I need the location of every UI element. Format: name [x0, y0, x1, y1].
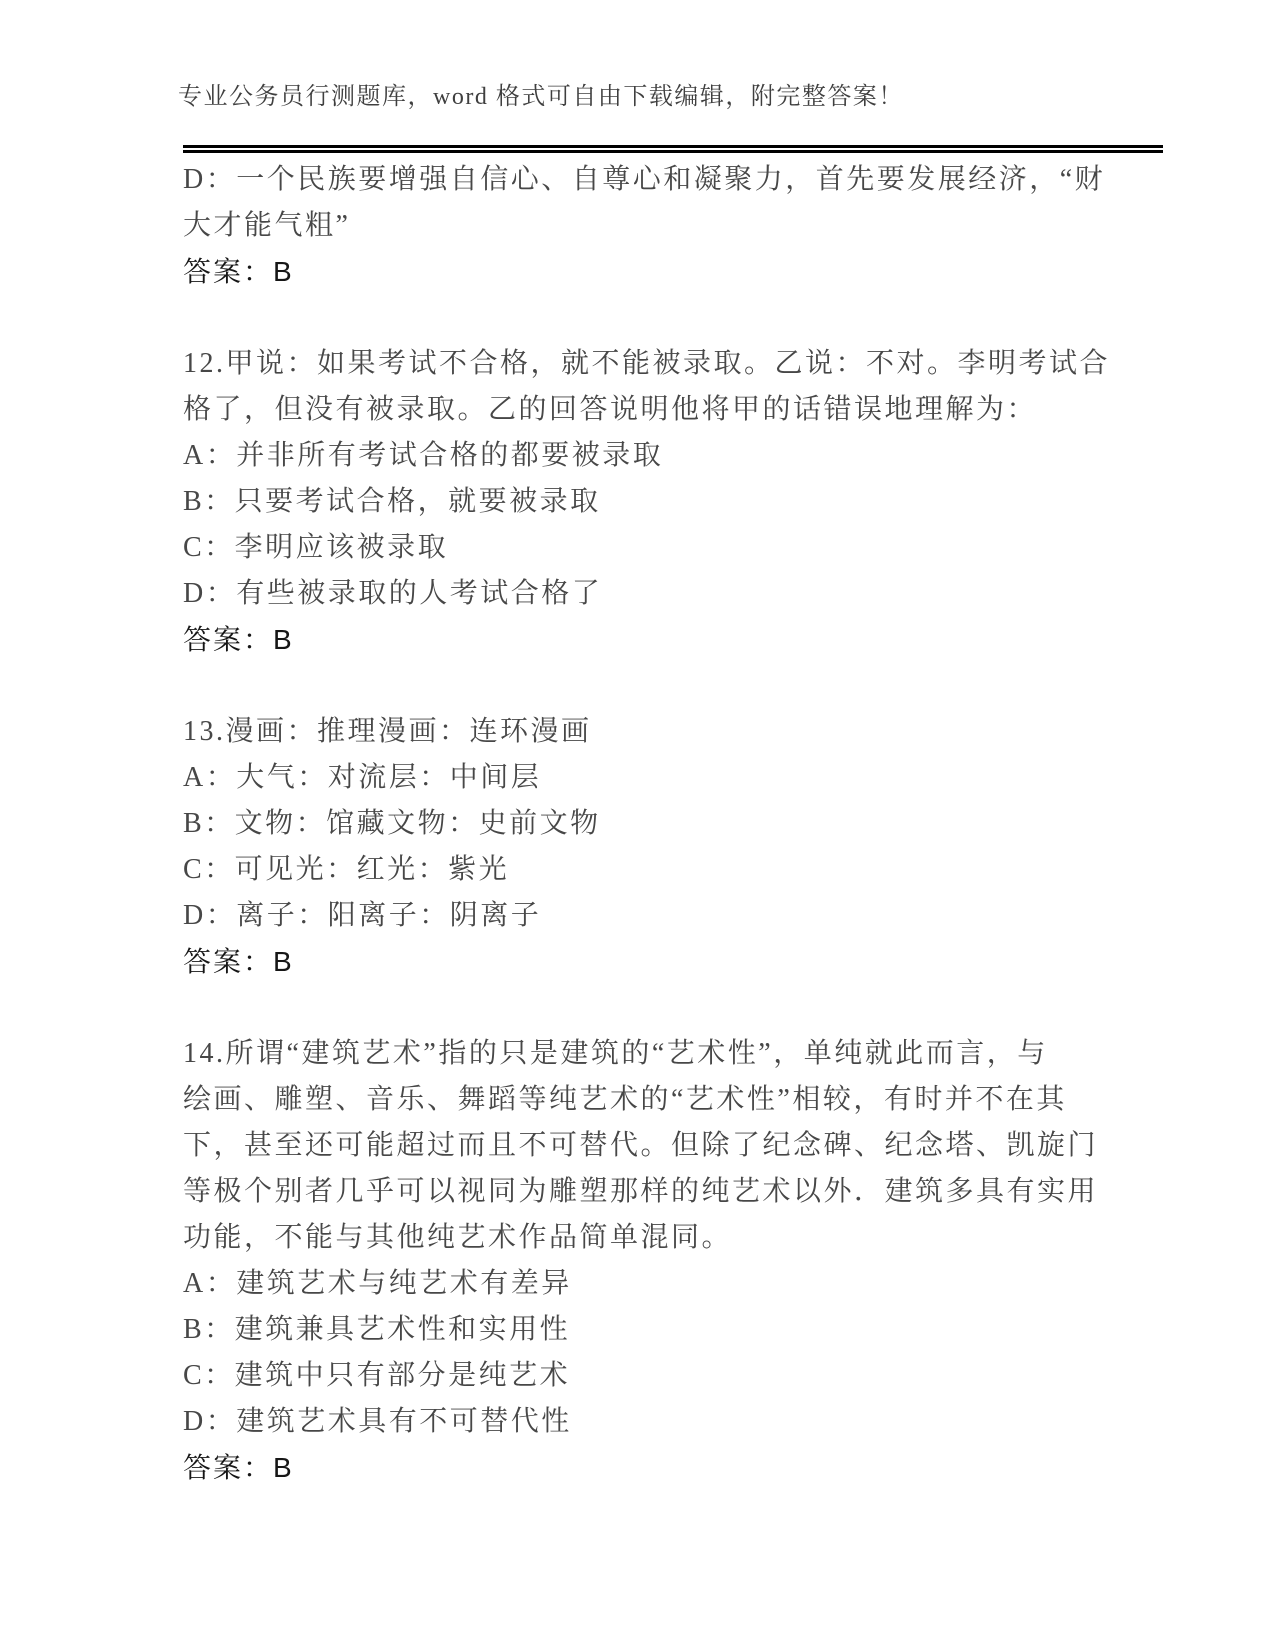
blank-line: [183, 295, 1183, 341]
prev-option-d-line-2: 大才能气粗”: [183, 203, 1183, 249]
question-13-option-d: D：离子：阳离子：阴离子: [183, 893, 1183, 939]
question-12-stem-line-2: 格了，但没有被录取。乙的回答说明他将甲的话错误地理解为：: [183, 387, 1183, 433]
question-13-answer-line: 答案：B: [183, 939, 1183, 985]
question-13-option-c: C：可见光：红光：紫光: [183, 847, 1183, 893]
blank-line: [183, 985, 1183, 1031]
blank-line: [183, 663, 1183, 709]
answer-label: 答案：: [183, 624, 273, 655]
prev-option-d-line-1: D：一个民族要增强自信心、自尊心和凝聚力，首先要发展经济，“财: [183, 157, 1183, 203]
document-page: 专业公务员行测题库，word 格式可自由下载编辑，附完整答案！ D：一个民族要增…: [0, 0, 1275, 1650]
question-14-stem-line-4: 等极个别者几乎可以视同为雕塑那样的纯艺术以外．建筑多具有实用: [183, 1169, 1183, 1215]
question-13-option-a: A：大气：对流层：中间层: [183, 755, 1183, 801]
question-12-option-d: D：有些被录取的人考试合格了: [183, 571, 1183, 617]
question-14-stem-line-3: 下，甚至还可能超过而且不可替代。但除了纪念碑、纪念塔、凯旋门: [183, 1123, 1183, 1169]
question-12-answer-line: 答案：B: [183, 617, 1183, 663]
question-14-stem-line-1: 14.所谓“建筑艺术”指的只是建筑的“艺术性”，单纯就此而言，与: [183, 1031, 1183, 1077]
question-12-stem-line-1: 12.甲说：如果考试不合格，就不能被录取。乙说：不对。李明考试合: [183, 341, 1183, 387]
question-13-option-b: B：文物：馆藏文物：史前文物: [183, 801, 1183, 847]
question-14-stem-line-5: 功能，不能与其他纯艺术作品简单混同。: [183, 1215, 1183, 1261]
question-12-option-c: C：李明应该被录取: [183, 525, 1183, 571]
question-14-option-c: C：建筑中只有部分是纯艺术: [183, 1353, 1183, 1399]
answer-value: B: [273, 256, 294, 287]
answer-label: 答案：: [183, 256, 273, 287]
question-14-answer-line: 答案：B: [183, 1445, 1183, 1491]
question-14-option-b: B：建筑兼具艺术性和实用性: [183, 1307, 1183, 1353]
question-14-stem-line-2: 绘画、雕塑、音乐、舞蹈等纯艺术的“艺术性”相较，有时并不在其: [183, 1077, 1183, 1123]
answer-label: 答案：: [183, 1452, 273, 1483]
header-note: 专业公务员行测题库，word 格式可自由下载编辑，附完整答案！: [178, 76, 904, 111]
document-body: D：一个民族要增强自信心、自尊心和凝聚力，首先要发展经济，“财 大才能气粗” 答…: [183, 157, 1183, 1491]
question-14-option-d: D：建筑艺术具有不可替代性: [183, 1399, 1183, 1445]
answer-label: 答案：: [183, 946, 273, 977]
question-13-stem-line-1: 13.漫画：推理漫画：连环漫画: [183, 709, 1183, 755]
question-12-option-a: A：并非所有考试合格的都要被录取: [183, 433, 1183, 479]
header-divider: [183, 145, 1163, 153]
question-14-option-a: A：建筑艺术与纯艺术有差异: [183, 1261, 1183, 1307]
question-12-option-b: B：只要考试合格，就要被录取: [183, 479, 1183, 525]
answer-value: B: [273, 946, 294, 977]
answer-value: B: [273, 624, 294, 655]
prev-answer-line: 答案：B: [183, 249, 1183, 295]
answer-value: B: [273, 1452, 294, 1483]
